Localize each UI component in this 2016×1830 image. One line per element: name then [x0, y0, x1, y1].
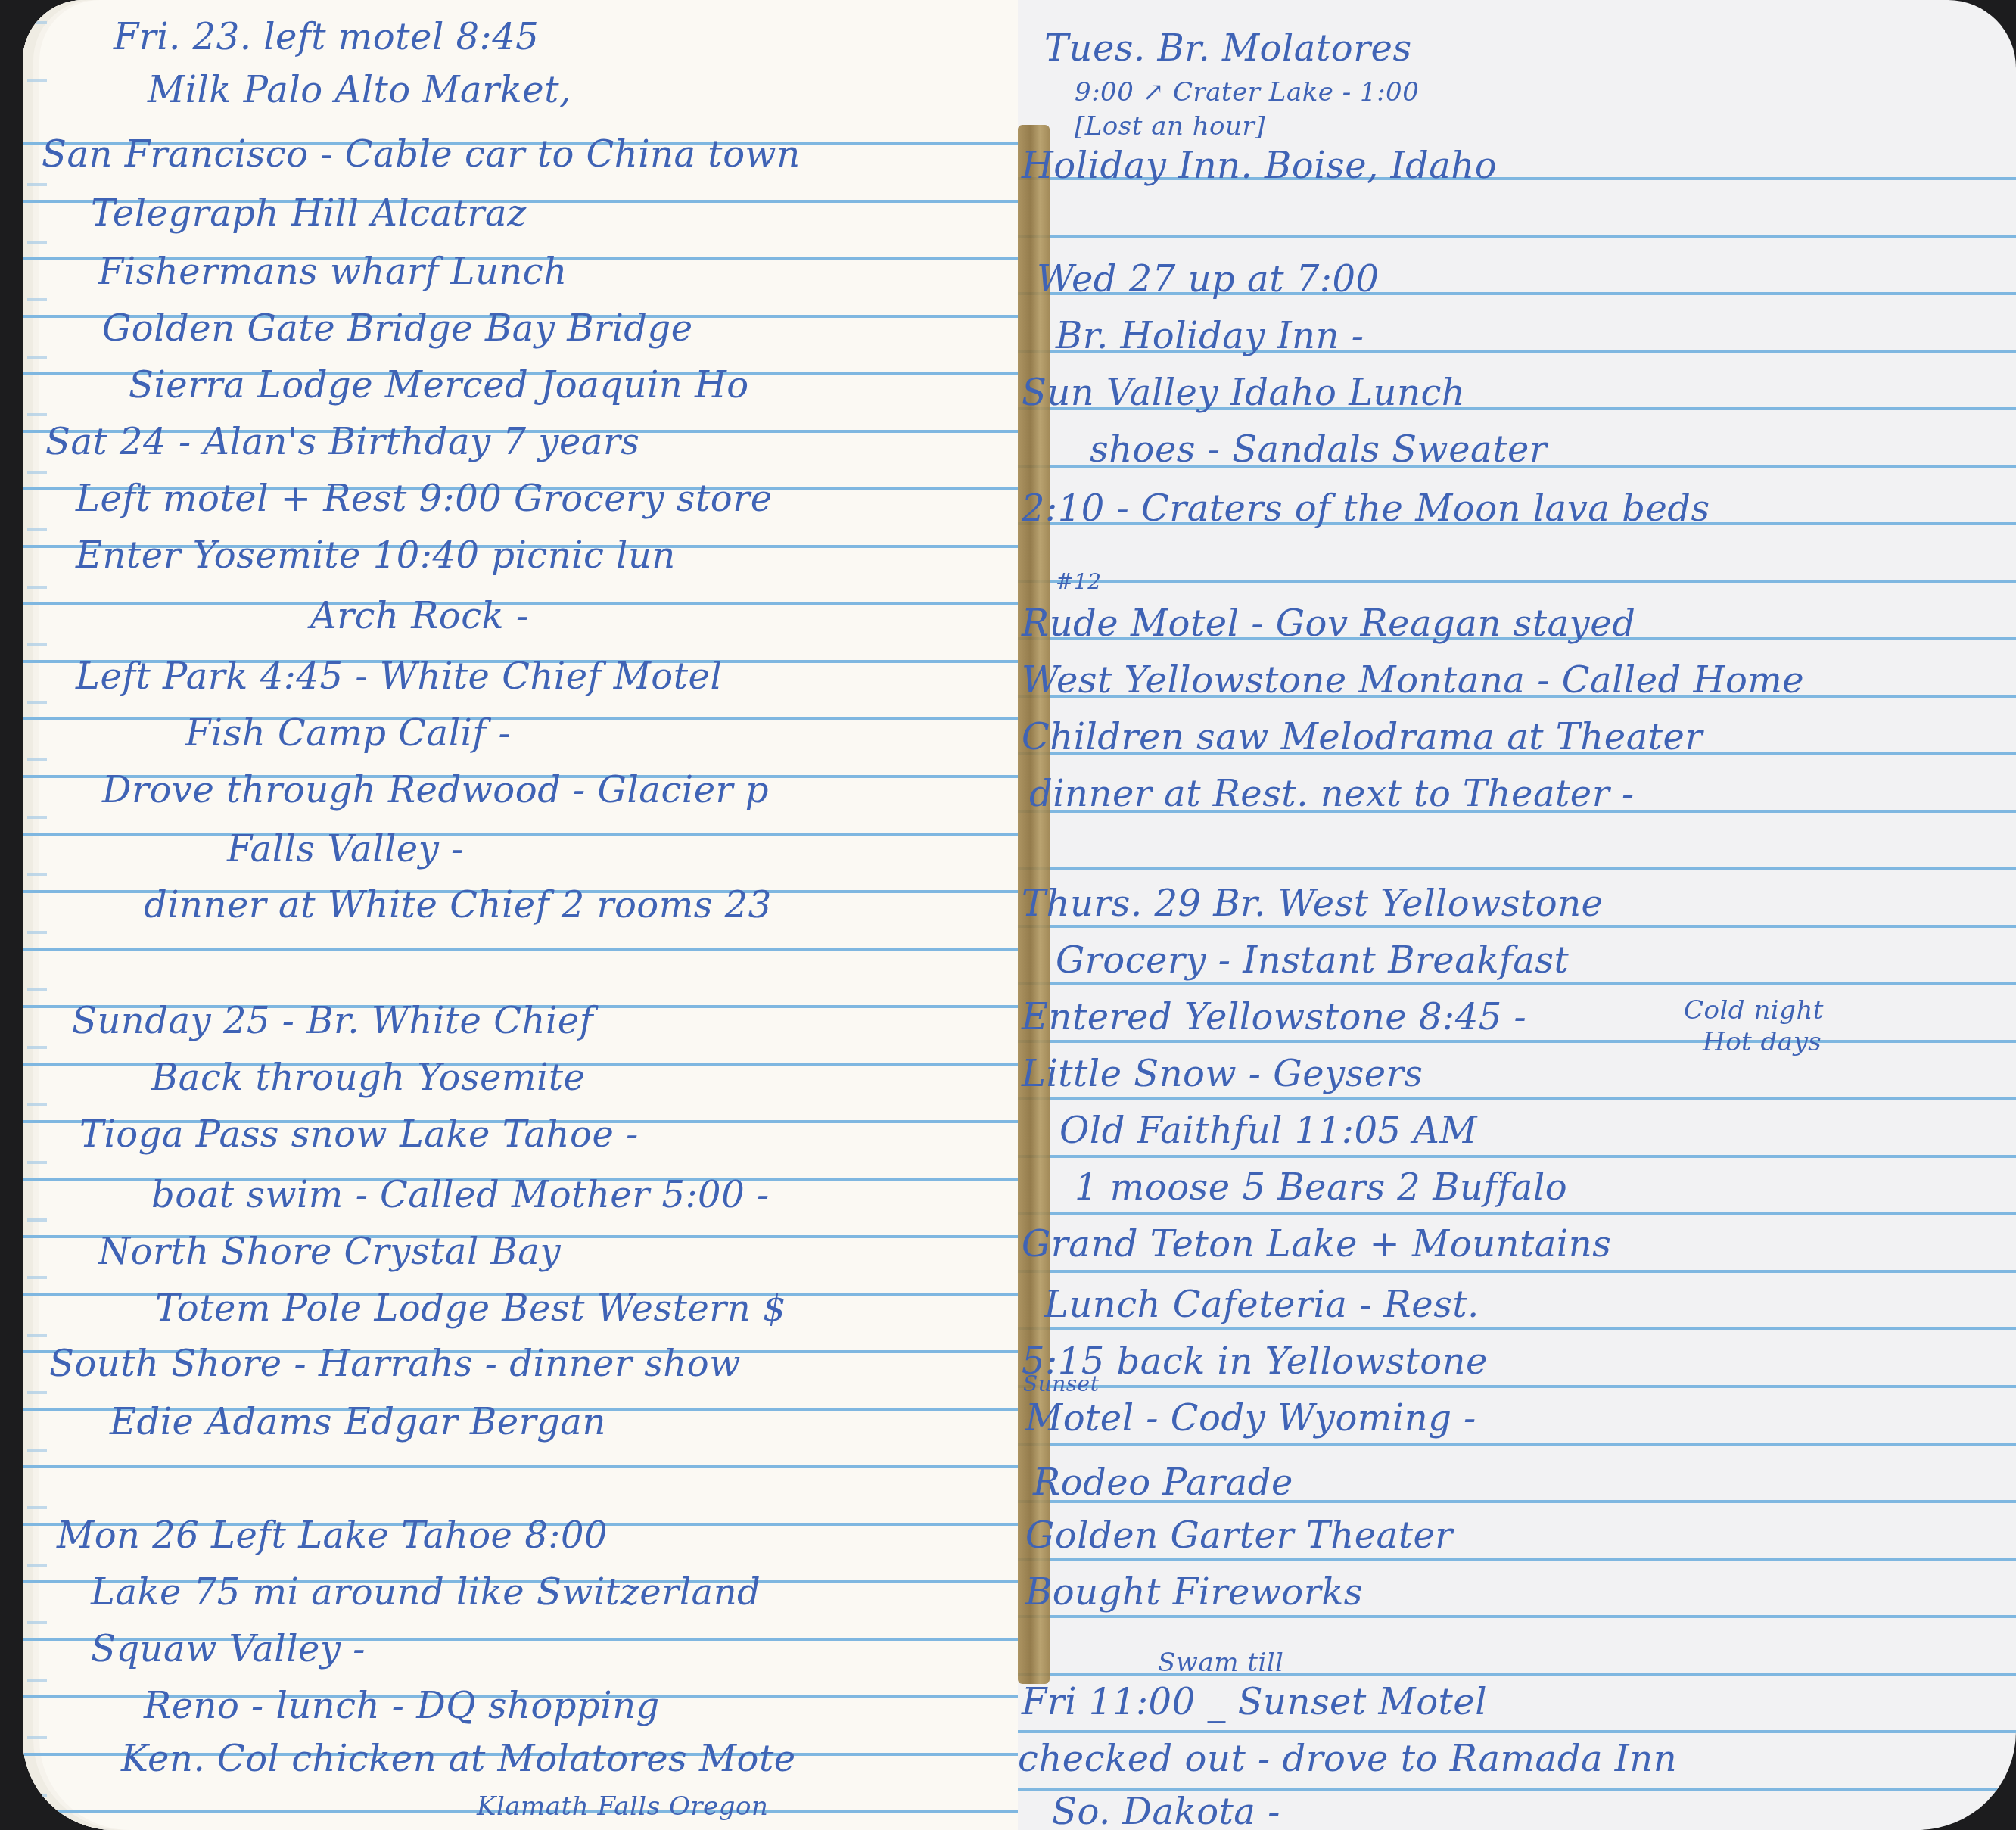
diary-line: 1 moose 5 Bears 2 Buffalo: [1075, 1169, 1567, 1206]
diary-line: #12: [1056, 571, 1102, 593]
diary-line: Milk Palo Alto Market,: [148, 72, 571, 108]
diary-line: 2:10 - Craters of the Moon lava beds: [1022, 490, 1710, 527]
diary-line: Sat 24 - Alan's Birthday 7 years: [45, 424, 640, 460]
diary-line: Arch Rock -: [310, 598, 529, 634]
diary-line: checked out - drove to Ramada Inn: [1018, 1741, 1677, 1777]
diary-line: Edie Adams Edgar Bergan: [110, 1404, 606, 1440]
diary-line: Motel - Cody Wyoming -: [1025, 1400, 1476, 1436]
diary-line: Thurs. 29 Br. West Yellowstone: [1022, 885, 1604, 922]
diary-line: Klamath Falls Oregon: [477, 1794, 768, 1819]
diary-line: Wed 27 up at 7:00: [1037, 261, 1380, 297]
diary-line: Tues. Br. Molatores: [1044, 30, 1412, 67]
diary-line: Enter Yosemite 10:40 picnic lun: [76, 537, 676, 574]
diary-line: dinner at White Chief 2 rooms 23: [144, 887, 772, 923]
diary-line: Reno - lunch - DQ shopping: [144, 1688, 660, 1724]
diary-line: Br. Holiday Inn -: [1056, 318, 1364, 354]
diary-line: West Yellowstone Montana - Called Home: [1022, 662, 1804, 699]
diary-line: Golden Garter Theater: [1025, 1517, 1453, 1554]
diary-line: Squaw Valley -: [91, 1631, 366, 1667]
diary-line: [Lost an hour]: [1075, 114, 1265, 139]
diary-line: Back through Yosemite: [151, 1060, 586, 1096]
diary-line: boat swim - Called Mother 5:00 -: [151, 1177, 770, 1213]
diary-line: Rude Motel - Gov Reagan stayed: [1022, 605, 1635, 642]
diary-line: 9:00 ↗ Crater Lake - 1:00: [1075, 79, 1419, 105]
diary-line: Left motel + Rest 9:00 Grocery store: [76, 481, 773, 517]
diary-line: Telegraph Hill Alcatraz: [91, 195, 527, 232]
diary-line: Old Faithful 11:05 AM: [1059, 1113, 1477, 1149]
diary-line: So. Dakota -: [1052, 1794, 1280, 1830]
diary-line: Bought Fireworks: [1025, 1574, 1363, 1611]
diary-line: Falls Valley -: [227, 831, 464, 867]
diary-line: Little Snow - Geysers: [1022, 1056, 1423, 1092]
diary-line: Fri 11:00 _ Sunset Motel: [1022, 1684, 1487, 1720]
diary-line: Sierra Lodge Merced Joaquin Ho: [129, 367, 749, 403]
diary-line: Children saw Melodrama at Theater: [1022, 719, 1703, 755]
diary-line: Holiday Inn. Boise, Idaho: [1022, 148, 1497, 184]
diary-annotation: Hot days: [1703, 1029, 1822, 1055]
diary-line: Mon 26 Left Lake Tahoe 8:00: [57, 1517, 608, 1554]
diary-line: Grand Teton Lake + Mountains: [1022, 1226, 1611, 1262]
diary-line: South Shore - Harrahs - dinner show: [49, 1346, 741, 1382]
diary-line: dinner at Rest. next to Theater -: [1029, 776, 1635, 812]
diary-line: Ken. Col chicken at Molatores Mote: [121, 1741, 796, 1777]
diary-line: North Shore Crystal Bay: [98, 1234, 561, 1270]
diary-line: Left Park 4:45 - White Chief Motel: [76, 658, 722, 695]
diary-line: San Francisco - Cable car to China town: [42, 136, 801, 173]
diary-annotation: Sunset: [1023, 1374, 1099, 1395]
diary-line: Lunch Cafeteria - Rest.: [1044, 1287, 1479, 1323]
diary-line: Sunday 25 - Br. White Chief: [72, 1003, 593, 1039]
diary-line: Grocery - Instant Breakfast: [1056, 942, 1569, 979]
diary-line: Drove through Redwood - Glacier p: [102, 772, 769, 808]
diary-line: Sun Valley Idaho Lunch: [1022, 375, 1465, 411]
diary-line: Lake 75 mi around like Switzerland: [91, 1574, 761, 1611]
diary-line: Golden Gate Bridge Bay Bridge: [102, 310, 693, 347]
diary-annotation: Cold night: [1684, 997, 1824, 1023]
diary-line: Fish Camp Calif -: [185, 715, 511, 752]
diary-line: Fishermans wharf Lunch: [98, 254, 568, 290]
diary-line: Rodeo Parade: [1033, 1464, 1293, 1501]
diary-line: Fri. 23. left motel 8:45: [114, 19, 539, 55]
diary-line: Totem Pole Lodge Best Western $: [155, 1290, 786, 1327]
diary-line: Entered Yellowstone 8:45 -: [1022, 999, 1526, 1035]
page-edge-ticks: [27, 0, 47, 1830]
notebook-spread: Fri. 23. left motel 8:45 Milk Palo Alto …: [0, 0, 2016, 1830]
diary-line: Tioga Pass snow Lake Tahoe -: [79, 1116, 639, 1153]
diary-annotation: Swam till: [1158, 1650, 1284, 1676]
diary-line: shoes - Sandals Sweater: [1090, 431, 1547, 468]
